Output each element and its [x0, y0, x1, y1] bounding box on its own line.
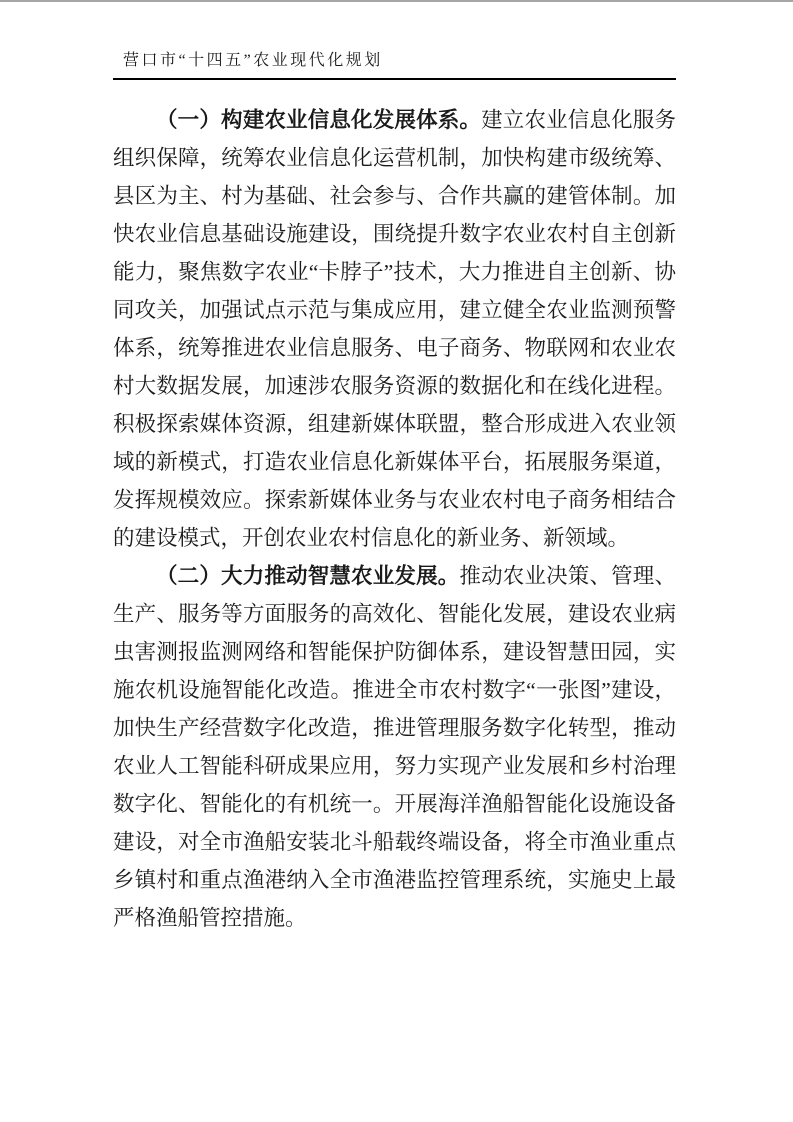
paragraph-text: 推动农业决策、管理、生产、服务等方面服务的高效化、智能化发展，建设农业病虫害测报… [113, 564, 676, 930]
paragraph-text: 建立农业信息化服务组织保障，统筹农业信息化运营机制，加快构建市级统筹、县区为主、… [113, 108, 676, 550]
document-page: 营口市“十四五”农业现代化规划 （一）构建农业信息化发展体系。建立农业信息化服务… [0, 0, 793, 1122]
paragraph: （一）构建农业信息化发展体系。建立农业信息化服务组织保障，统筹农业信息化运营机制… [113, 101, 676, 557]
document-body: （一）构建农业信息化发展体系。建立农业信息化服务组织保障，统筹农业信息化运营机制… [113, 101, 676, 937]
header-rule [113, 78, 676, 80]
header-title: 营口市“十四五”农业现代化规划 [113, 50, 676, 78]
paragraph-lead: （二）大力推动智慧农业发展。 [156, 564, 459, 588]
paragraph: （二）大力推动智慧农业发展。推动农业决策、管理、生产、服务等方面服务的高效化、智… [113, 557, 676, 937]
top-edge-line [0, 0, 793, 2]
paragraph-lead: （一）构建农业信息化发展体系。 [156, 108, 481, 132]
page-header: 营口市“十四五”农业现代化规划 [113, 50, 676, 80]
